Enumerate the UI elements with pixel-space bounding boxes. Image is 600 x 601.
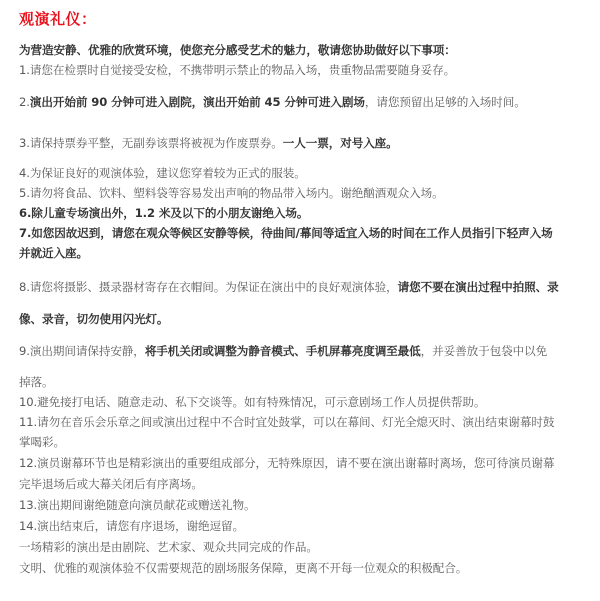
closing-1: 一场精彩的演出是由剧院、艺术家、观众共同完成的作品。 <box>19 537 318 557</box>
item-9-line-2: 掉落。 <box>19 372 53 392</box>
item-2-bold: 演出开始前 90 分钟可进入剧院，演出开始前 45 分钟可进入剧场 <box>30 95 365 109</box>
item-7-line-2: 并就近入座。 <box>19 243 88 263</box>
item-6: 6.除儿童专场演出外，1.2 米及以下的小朋友谢绝入场。 <box>19 203 308 223</box>
page-title: 观演礼仪： <box>19 8 97 29</box>
item-2-num: 2. <box>19 95 30 109</box>
item-7-line-1: 7.如您因故迟到，请您在观众等候区安静等候，待曲间/幕间等适宜入场的时间在工作人… <box>19 223 553 243</box>
item-4: 4.为保证良好的观演体验，建议您穿着较为正式的服装。 <box>19 163 306 183</box>
item-10: 10.避免接打电话、随意走动、私下交谈等。如有特殊情况，可示意剧场工作人员提供帮… <box>19 392 485 412</box>
item-3-bold: 一人一票，对号入座。 <box>283 136 398 150</box>
closing-2: 文明、优雅的观演体验不仅需要规范的剧场服务保障，更离不开每一位观众的积极配合。 <box>19 558 467 578</box>
item-12-line-2: 完毕退场后或大幕关闭后有序离场。 <box>19 474 203 494</box>
item-9-text: 9.演出期间请保持安静， <box>19 344 145 358</box>
item-2: 2.演出开始前 90 分钟可进入剧院，演出开始前 45 分钟可进入剧场，请您预留… <box>19 92 526 112</box>
item-11-line-1: 11.请勿在音乐会乐章之间或演出过程中不合时宜处鼓掌，可以在幕间、灯光全熄灭时、… <box>19 412 554 432</box>
intro-text: 为营造安静、优雅的欣赏环境，使您充分感受艺术的魅力，敬请您协助做好以下事项： <box>19 40 456 60</box>
item-3-text: 3.请保持票券平整，无副券该票将被视为作废票券。 <box>19 136 283 150</box>
item-8-line-1: 8.请您将摄影、摄录器材寄存在衣帽间。为保证在演出中的良好观演体验，请您不要在演… <box>19 277 559 297</box>
item-3: 3.请保持票券平整，无副券该票将被视为作废票券。一人一票，对号入座。 <box>19 133 398 153</box>
item-5: 5.请勿将食品、饮料、塑料袋等容易发出声响的物品带入场内。谢绝酗酒观众入场。 <box>19 183 444 203</box>
item-8-bold: 请您不要在演出过程中拍照、录 <box>398 280 559 294</box>
item-8-text: 8.请您将摄影、摄录器材寄存在衣帽间。为保证在演出中的良好观演体验， <box>19 280 398 294</box>
item-9-line-1: 9.演出期间请保持安静，将手机关闭或调整为静音模式、手机屏幕亮度调至最低，并妥善… <box>19 341 547 361</box>
item-8-line-2: 像、录音，切勿使用闪光灯。 <box>19 309 168 329</box>
item-1: 1.请您在检票时自觉接受安检，不携带明示禁止的物品入场，贵重物品需要随身妥存。 <box>19 60 455 80</box>
item-13: 13.演出期间谢绝随意向演员献花或赠送礼物。 <box>19 495 256 515</box>
item-14: 14.演出结束后，请您有序退场，谢绝逗留。 <box>19 516 244 536</box>
item-9-rest: ，并妥善放于包袋中以免 <box>421 344 547 358</box>
item-12-line-1: 12.演员谢幕环节也是精彩演出的重要组成部分，无特殊原因，请不要在演出谢幕时离场… <box>19 453 554 473</box>
item-9-bold: 将手机关闭或调整为静音模式、手机屏幕亮度调至最低 <box>145 344 421 358</box>
item-2-rest: ，请您预留出足够的入场时间。 <box>365 95 526 109</box>
item-11-line-2: 掌喝彩。 <box>19 432 65 452</box>
